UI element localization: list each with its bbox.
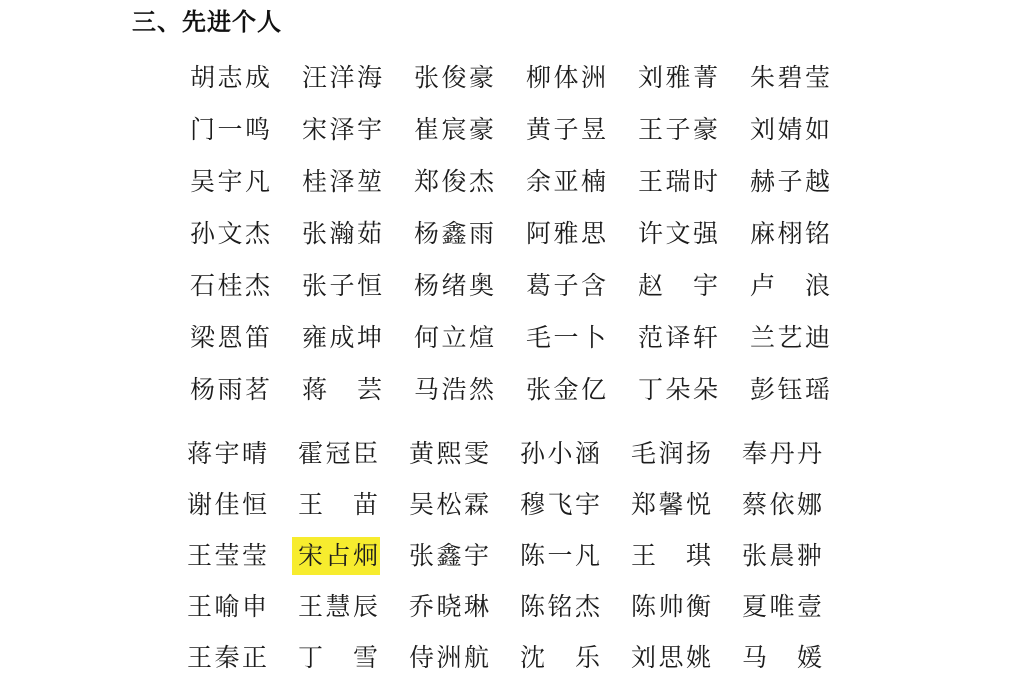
person-name: 朱碧莹 [748,59,832,97]
person-name: 王琪 [629,537,713,575]
person-name: 阿雅思 [524,215,608,253]
person-name: 许文强 [636,215,720,253]
person-name: 吴松霖 [407,486,491,524]
person-name: 卢浪 [748,267,832,305]
person-name: 王苗 [296,486,380,524]
name-row: 石桂杰 张子恒 杨绪奥 葛子含 赵宇 卢浪 [188,260,860,312]
person-name: 张子恒 [300,267,384,305]
person-name: 蒋宇晴 [185,435,269,473]
name-list-block-1: 胡志成 汪洋海 张俊豪 柳体洲 刘雅菁 朱碧莹 门一鸣 宋泽宇 崔宸豪 黄子昱 … [188,52,860,416]
name-row: 吴宇凡 桂泽堃 郑俊杰 余亚楠 王瑞时 赫子越 [188,156,860,208]
person-name: 石桂杰 [188,267,272,305]
person-name: 张晨翀 [740,537,824,575]
person-name: 柳体洲 [524,59,608,97]
section-heading: 三、先进个人 [132,2,282,37]
person-name: 宋泽宇 [300,111,384,149]
person-name: 谢佳恒 [185,486,269,524]
person-name: 王子豪 [636,111,720,149]
person-name: 王瑞时 [636,163,720,201]
person-name: 杨绪奥 [412,267,496,305]
name-row: 王喻申 王慧辰 乔晓琳 陈铭杰 陈帅衡 夏唯壹 [185,581,851,632]
person-name: 张俊豪 [412,59,496,97]
name-row: 杨雨茗 蒋芸 马浩然 张金亿 丁朵朵 彭钰瑶 [188,364,860,416]
person-name: 赫子越 [748,163,832,201]
person-name: 张鑫宇 [407,537,491,575]
person-name: 余亚楠 [524,163,608,201]
name-row: 谢佳恒 王苗 吴松霖 穆飞宇 郑馨悦 蔡依娜 [185,479,851,530]
person-name: 胡志成 [188,59,272,97]
person-name: 丁雪 [296,639,380,677]
person-name: 毛一卜 [524,319,608,357]
person-name: 汪洋海 [300,59,384,97]
person-name: 陈铭杰 [518,588,602,626]
person-name: 雍成坤 [300,319,384,357]
person-name: 孙小涵 [518,435,602,473]
person-name: 沈乐 [518,639,602,677]
person-name: 刘婧如 [748,111,832,149]
person-name: 蒋芸 [300,371,384,409]
person-name: 兰艺迪 [748,319,832,357]
name-row: 孙文杰 张瀚茹 杨鑫雨 阿雅思 许文强 麻栩铭 [188,208,860,260]
person-name: 夏唯壹 [740,588,824,626]
person-name: 丁朵朵 [636,371,720,409]
person-name: 奉丹丹 [740,435,824,473]
person-name: 张金亿 [524,371,608,409]
name-row: 王秦正 丁雪 侍洲航 沈乐 刘思姚 马媛 [185,632,851,678]
person-name: 黄子昱 [524,111,608,149]
person-name: 刘雅菁 [636,59,720,97]
name-row: 王莹莹 宋占炯 张鑫宇 陈一凡 王琪 张晨翀 [185,530,851,581]
person-name: 张瀚茹 [300,215,384,253]
person-name: 彭钰瑶 [748,371,832,409]
person-name: 梁恩笛 [188,319,272,357]
name-row: 蒋宇晴 霍冠臣 黄熙雯 孙小涵 毛润扬 奉丹丹 [185,428,851,479]
name-row: 胡志成 汪洋海 张俊豪 柳体洲 刘雅菁 朱碧莹 [188,52,860,104]
person-name: 吴宇凡 [188,163,272,201]
person-name: 郑俊杰 [412,163,496,201]
name-row: 梁恩笛 雍成坤 何立煊 毛一卜 范译轩 兰艺迪 [188,312,860,364]
person-name: 赵宇 [636,267,720,305]
person-name: 霍冠臣 [296,435,380,473]
person-name: 王喻申 [185,588,269,626]
person-name: 陈帅衡 [629,588,713,626]
person-name: 乔晓琳 [407,588,491,626]
person-name: 穆飞宇 [518,486,602,524]
person-name: 王慧辰 [296,588,380,626]
person-name: 葛子含 [524,267,608,305]
person-name: 王秦正 [185,639,269,677]
person-name: 马浩然 [412,371,496,409]
person-name: 崔宸豪 [412,111,496,149]
highlighted-person-name: 宋占炯 [292,537,380,575]
person-name: 刘思姚 [629,639,713,677]
name-row: 门一鸣 宋泽宇 崔宸豪 黄子昱 王子豪 刘婧如 [188,104,860,156]
person-name: 王莹莹 [185,537,269,575]
person-name: 郑馨悦 [629,486,713,524]
person-name: 杨鑫雨 [412,215,496,253]
person-name: 毛润扬 [629,435,713,473]
person-name: 门一鸣 [188,111,272,149]
name-list-block-2: 蒋宇晴 霍冠臣 黄熙雯 孙小涵 毛润扬 奉丹丹 谢佳恒 王苗 吴松霖 穆飞宇 郑… [185,428,851,678]
person-name: 黄熙雯 [407,435,491,473]
person-name: 蔡依娜 [740,486,824,524]
person-name: 麻栩铭 [748,215,832,253]
person-name: 何立煊 [412,319,496,357]
person-name: 陈一凡 [518,537,602,575]
person-name: 马媛 [740,639,824,677]
person-name: 杨雨茗 [188,371,272,409]
person-name: 范译轩 [636,319,720,357]
person-name: 侍洲航 [407,639,491,677]
person-name: 桂泽堃 [300,163,384,201]
person-name: 孙文杰 [188,215,272,253]
